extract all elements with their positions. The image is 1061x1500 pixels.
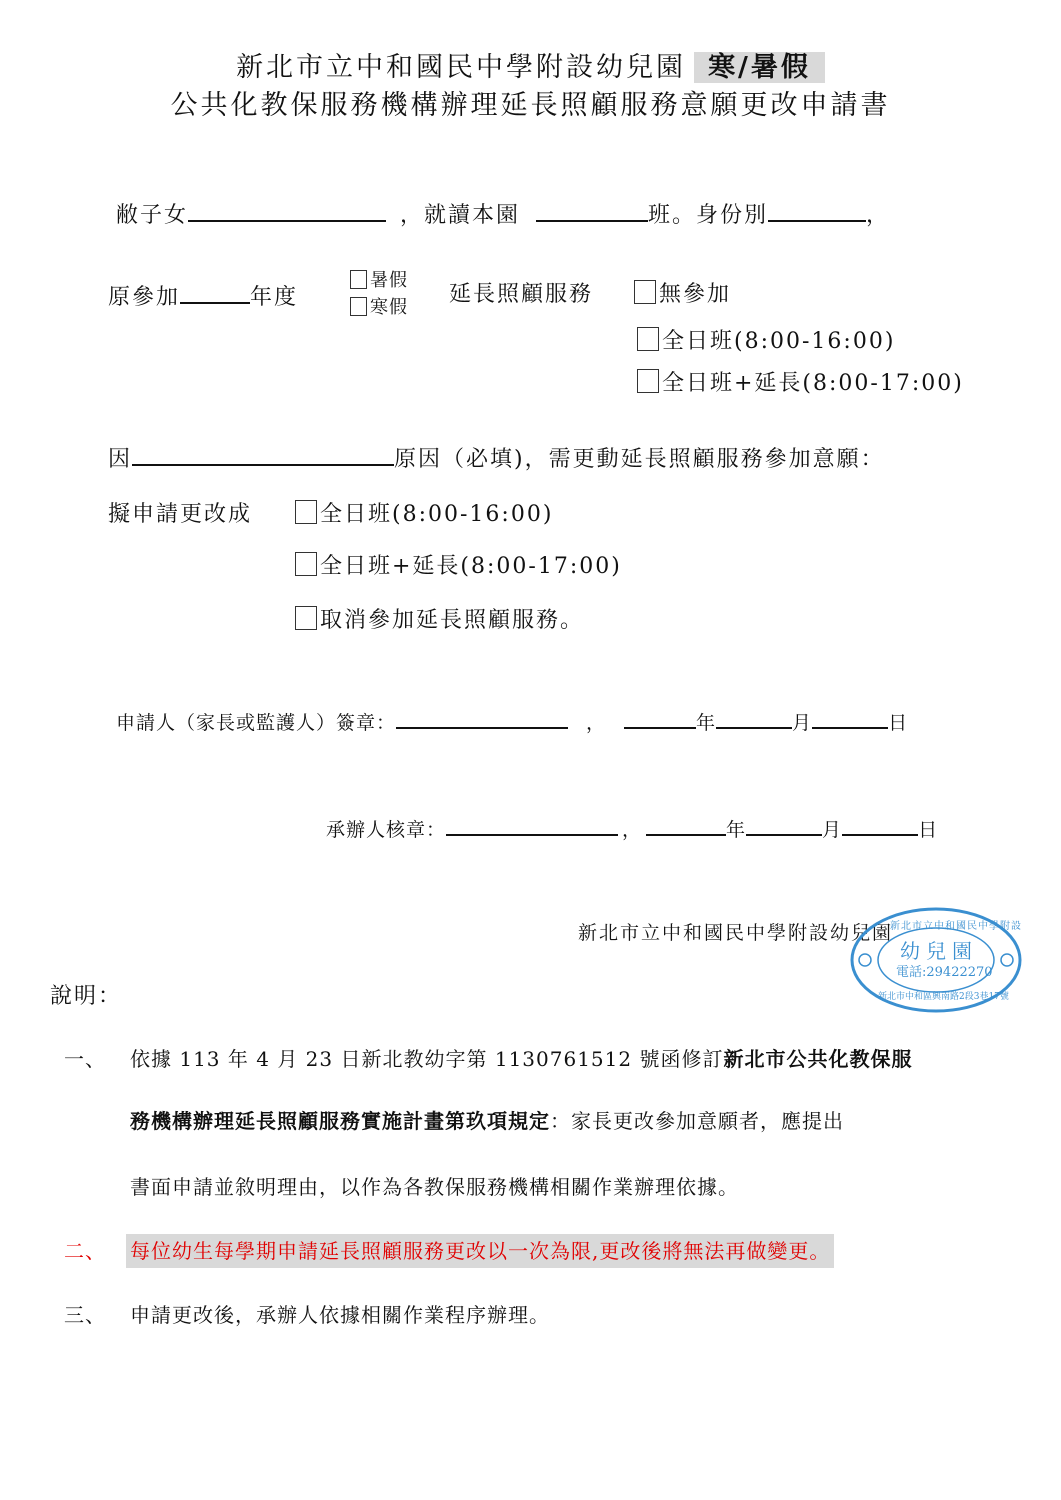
note-1-post: ：家長更改參加意願者，應提出 [550,1109,844,1133]
applicant-day-field[interactable] [812,707,888,729]
orig-option-none[interactable]: 無參加 [634,280,731,310]
stamp-phone: 電話:29422270 [896,961,993,980]
checkbox[interactable] [637,327,659,351]
comma: ， [866,203,890,228]
checkbox[interactable] [295,500,317,524]
year-label: 年 [726,819,746,841]
class-label: 班。身份別 [648,203,768,228]
service-label: 延長照顧服務 [449,280,593,310]
day-label: 日 [918,819,938,841]
year-field[interactable] [180,280,250,304]
change-option-cancel[interactable]: 取消參加延長照顧服務。 [295,606,584,636]
child-label: 敝子女 [116,203,188,228]
note-1-bold2: 務機構辦理延長照顧服務實施計畫第玖項規定 [130,1109,550,1133]
child-info-row: 敝子女，就讀本園班。身份別， [116,198,890,231]
reason-row: 因原因（必填)，需更動延長照顧服務參加意願： [108,442,885,475]
year-label: 年度 [250,285,298,310]
comma: ， [586,712,606,734]
handler-day-field[interactable] [842,814,918,836]
checkbox[interactable] [637,369,659,393]
checkbox[interactable] [295,606,317,630]
stamp-bottom-text: 新北市中和區興南路2段3巷17號 [878,989,1009,1002]
orig-label: 原參加 [108,285,180,310]
school-name: 新北市立中和國民中學附設幼兒園 [236,52,686,83]
change-option-fullday[interactable]: 全日班(8:00-16:00) [295,500,553,530]
note-3-text: 申請更改後，承辦人依據相關作業程序辦理。 [130,1300,550,1330]
orig-option-fullday[interactable]: 全日班(8:00-16:00) [637,327,895,357]
summer-label: 暑假 [370,270,408,291]
note-1-num: 一、 [64,1044,106,1074]
handler-year-field[interactable] [646,814,726,836]
comma: ， [622,819,642,841]
applicant-year-field[interactable] [624,707,696,729]
orig-participation-row: 原參加年度 [108,280,298,313]
stamp-top-text: 新北市立中和國民中學附設 [890,917,1022,932]
applicant-label: 申請人（家長或監護人）簽章： [116,712,396,734]
option-label: 全日班(8:00-16:00) [320,502,553,527]
note-3-num: 三、 [64,1300,106,1330]
term-summer[interactable]: 暑假 [350,270,408,292]
child-name-field[interactable] [188,198,386,222]
change-option-extended[interactable]: 全日班+延長(8:00-17:00) [295,552,622,582]
note-2-num: 二、 [64,1236,106,1266]
org-name: 新北市立中和國民中學附設幼兒園 [578,920,893,946]
form-title-line2: 公共化教保服務機構辦理延長照顧服務意願更改申請書 [0,88,1061,124]
handler-month-field[interactable] [746,814,822,836]
orig-option-extended[interactable]: 全日班+延長(8:00-17:00) [637,369,964,399]
class-field[interactable] [536,198,648,222]
handler-row: 承辦人核章：，年月日 [326,814,938,843]
identity-field[interactable] [768,198,866,222]
year-label: 年 [696,712,716,734]
because-label: 因 [108,447,132,472]
month-label: 月 [822,819,842,841]
official-stamp: 新北市立中和國民中學附設 幼兒園 電話:29422270 新北市中和區興南路2段… [848,905,1024,1015]
checkbox[interactable] [295,552,317,576]
winter-label: 寒假 [370,297,408,318]
term-highlight: 寒/暑假 [694,52,825,83]
option-label: 取消參加延長照顧服務。 [320,608,584,633]
reason-suffix: 原因（必填)，需更動延長照顧服務參加意願： [394,447,885,472]
applicant-month-field[interactable] [716,707,792,729]
handler-label: 承辦人核章： [326,819,446,841]
term-winter[interactable]: 寒假 [350,297,408,319]
form-title-line1: 新北市立中和國民中學附設幼兒園寒/暑假 [0,50,1061,86]
note-1-pre: 依據 113 年 4 月 23 日新北教幼字第 1130761512 號函修訂 [130,1047,723,1071]
month-label: 月 [792,712,812,734]
notes-heading: 說明： [50,982,122,1012]
note-2-text: 每位幼生每學期申請延長照顧服務更改以一次為限,更改後將無法再做變更。 [126,1234,834,1268]
stamp-center-text: 幼兒園 [900,935,978,964]
enroll-label: ，就讀本園 [400,203,520,228]
applicant-signature-field[interactable] [396,707,568,729]
change-label: 擬申請更改成 [108,500,252,530]
note-1-line2: 務機構辦理延長照顧服務實施計畫第玖項規定：家長更改參加意願者，應提出 [130,1106,844,1136]
note-1-line1: 依據 113 年 4 月 23 日新北教幼字第 1130761512 號函修訂新… [130,1044,912,1074]
reason-field[interactable] [132,442,394,466]
option-label: 全日班+延長(8:00-17:00) [662,371,964,396]
checkbox[interactable] [634,280,656,304]
winter-checkbox[interactable] [350,297,367,316]
handler-signature-field[interactable] [446,814,618,836]
option-label: 全日班+延長(8:00-17:00) [320,554,622,579]
option-label: 無參加 [659,282,731,307]
note-1-bold1: 新北市公共化教保服 [723,1047,912,1071]
day-label: 日 [888,712,908,734]
note-1-line3: 書面申請並敘明理由，以作為各教保服務機構相關作業辦理依據。 [130,1172,739,1202]
summer-checkbox[interactable] [350,270,367,289]
applicant-row: 申請人（家長或監護人）簽章：，年月日 [116,707,908,736]
option-label: 全日班(8:00-16:00) [662,329,895,354]
